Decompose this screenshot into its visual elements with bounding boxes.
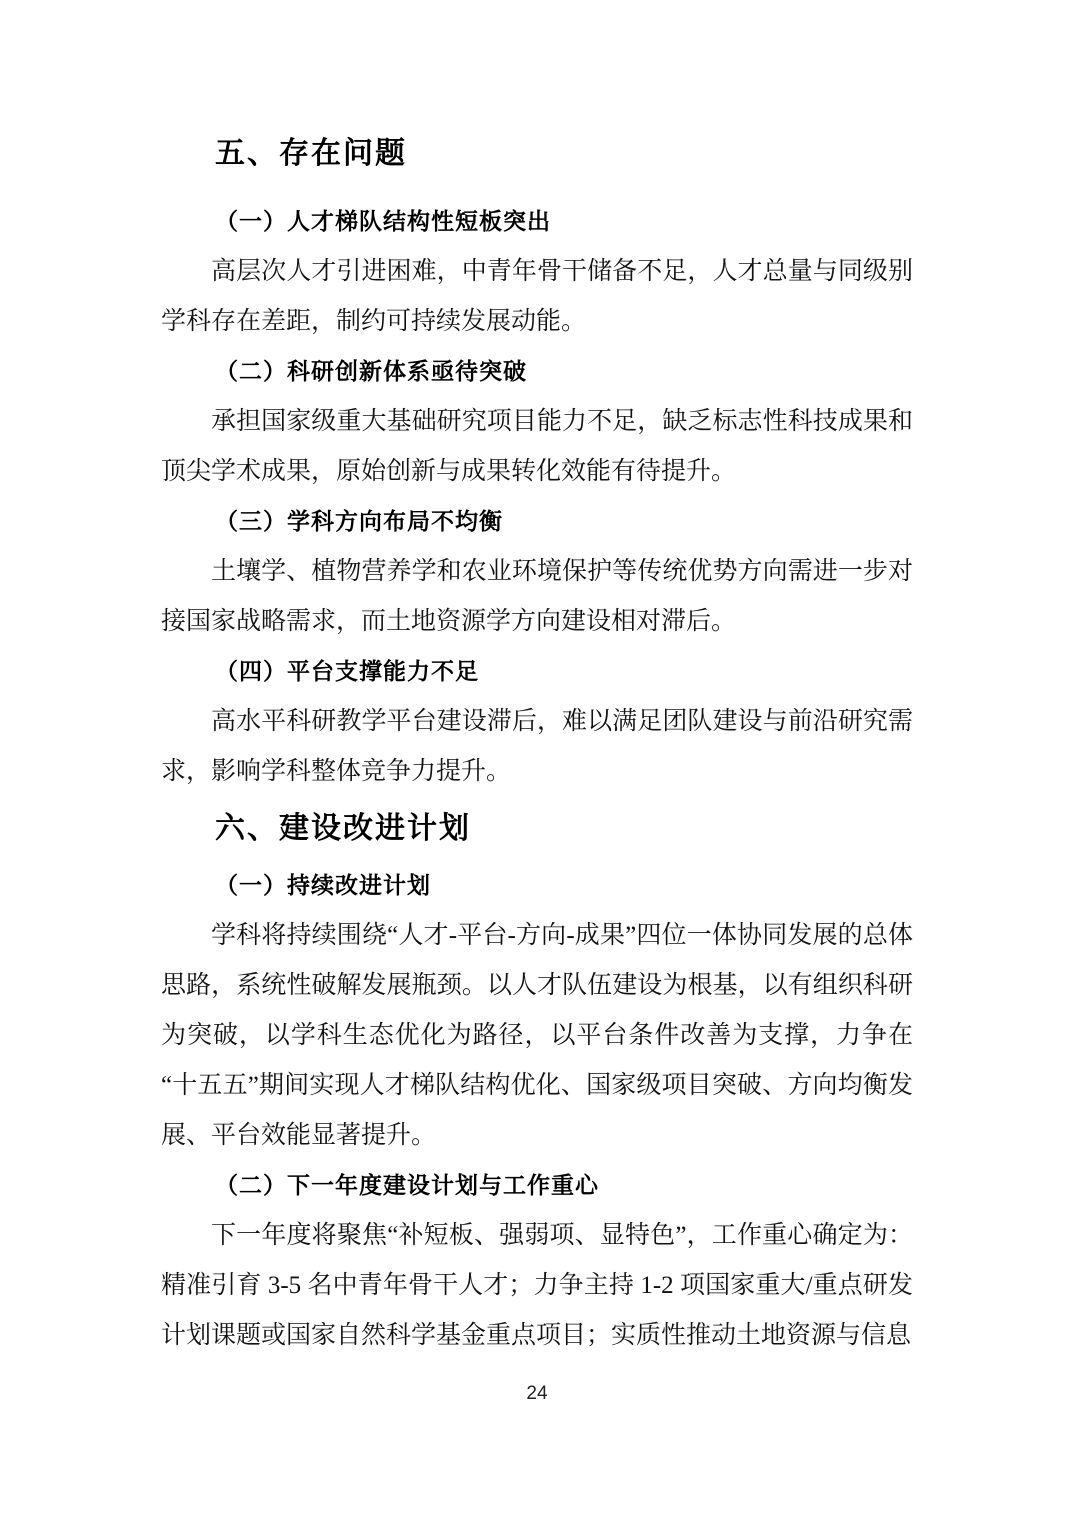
sub-heading-5-3: （三）学科方向布局不均衡	[161, 497, 913, 547]
paragraph: 高层次人才引进困难，中青年骨干储备不足，人才总量与同级别学科存在差距，制约可持续…	[161, 247, 913, 347]
paragraph: 高水平科研教学平台建设滞后，难以满足团队建设与前沿研究需求，影响学科整体竞争力提…	[161, 697, 913, 797]
section-heading-5: 五、存在问题	[161, 131, 913, 177]
page-number: 24	[0, 1383, 1074, 1405]
sub-heading-5-4: （四）平台支撑能力不足	[161, 647, 913, 697]
sub-heading-6-2: （二）下一年度建设计划与工作重心	[161, 1161, 913, 1211]
paragraph: 下一年度将聚焦“补短板、强弱项、显特色”，工作重心确定为：精准引育 3-5 名中…	[161, 1211, 913, 1361]
paragraph: 土壤学、植物营养学和农业环境保护等传统优势方向需进一步对接国家战略需求，而土地资…	[161, 547, 913, 647]
paragraph: 承担国家级重大基础研究项目能力不足，缺乏标志性科技成果和顶尖学术成果，原始创新与…	[161, 397, 913, 497]
sub-heading-5-2: （二）科研创新体系亟待突破	[161, 347, 913, 397]
sub-heading-5-1: （一）人才梯队结构性短板突出	[161, 197, 913, 247]
paragraph: 学科将持续围绕“人才-平台-方向-成果”四位一体协同发展的总体思路，系统性破解发…	[161, 911, 913, 1161]
document-page: 五、存在问题 （一）人才梯队结构性短板突出 高层次人才引进困难，中青年骨干储备不…	[0, 0, 1074, 1520]
document-body: 五、存在问题 （一）人才梯队结构性短板突出 高层次人才引进困难，中青年骨干储备不…	[161, 131, 913, 1361]
sub-heading-6-1: （一）持续改进计划	[161, 861, 913, 911]
section-heading-6: 六、建设改进计划	[161, 797, 913, 861]
